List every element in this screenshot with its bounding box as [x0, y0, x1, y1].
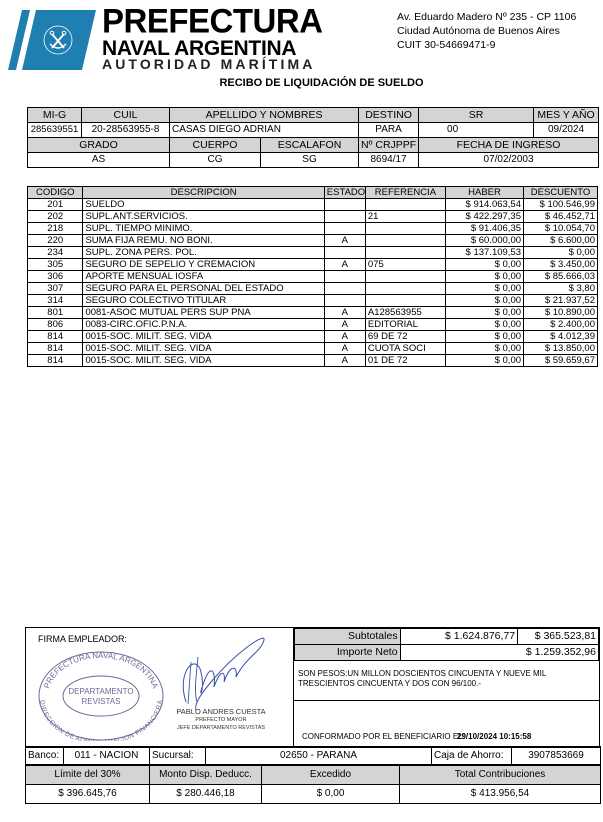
label-cuil: CUIL — [82, 108, 170, 123]
table-row: 234 SUPL. ZONA PERS. POL. $ 137.109,53 $… — [28, 247, 598, 259]
cuit-line: CUIT 30-54669471-9 — [397, 38, 576, 52]
item-descripcion: SUPL. ZONA PERS. POL. — [83, 247, 324, 259]
address-line: Ciudad Autónoma de Buenos Aires — [397, 24, 576, 38]
total-contrib-label: Total Contribuciones — [400, 766, 601, 785]
item-descuento: $ 10.890,00 — [524, 307, 598, 319]
item-estado: A — [324, 343, 365, 355]
item-descuento: $ 100.546,99 — [524, 199, 598, 211]
monto-disp-label: Monto Disp. Deducc. — [150, 766, 262, 785]
item-haber: $ 0,00 — [445, 343, 523, 355]
item-referencia — [365, 295, 445, 307]
table-row: 220 SUMA FIJA REMU. NO BONI. A $ 60.000,… — [28, 235, 598, 247]
col-descripcion: DESCRIPCION — [83, 187, 324, 199]
summary-table: Límite del 30% Monto Disp. Deducc. Exced… — [25, 765, 601, 804]
handwritten-signature — [166, 632, 276, 712]
item-referencia: A128563955 — [365, 307, 445, 319]
col-haber: HABER — [445, 187, 523, 199]
item-referencia: EDITORIAL — [365, 319, 445, 331]
item-estado: A — [324, 235, 365, 247]
label-escalafon: ESCALAFON — [261, 138, 359, 153]
org-name-line3: AUTORIDAD MARÍTIMA — [102, 57, 315, 72]
item-haber: $ 91.406,35 — [445, 223, 523, 235]
table-row: 814 0015-SOC. MILIT. SEG. VIDA A 01 DE 7… — [28, 355, 598, 367]
limite-value: $ 396.645,76 — [26, 785, 150, 804]
label-grado: GRADO — [28, 138, 170, 153]
sr-value: 00 — [419, 123, 534, 138]
item-estado — [324, 271, 365, 283]
escalafon-value: SG — [261, 153, 359, 168]
table-row: 314 SEGURO COLECTIVO TITULAR $ 0,00 $ 21… — [28, 295, 598, 307]
item-descuento: $ 21.937,52 — [524, 295, 598, 307]
item-estado — [324, 199, 365, 211]
sucursal-label: Sucursal: — [150, 747, 206, 765]
signer-block: PABLO ANDRES CUESTA PREFECTO MAYOR JEFE … — [166, 708, 276, 732]
item-estado — [324, 211, 365, 223]
table-row: 814 0015-SOC. MILIT. SEG. VIDA A 69 DE 7… — [28, 331, 598, 343]
crjppf-value: 8694/17 — [359, 153, 419, 168]
item-descripcion: APORTE MENSUAL IOSFA — [83, 271, 324, 283]
item-referencia: 21 — [365, 211, 445, 223]
employee-info-table: MI-G CUIL APELLIDO Y NOMBRES DESTINO SR … — [27, 107, 599, 168]
cuil-value: 20-28563955-8 — [82, 123, 170, 138]
conformado-label: CONFORMADO POR EL BENEFICIARIO EL: — [302, 732, 465, 741]
item-referencia — [365, 223, 445, 235]
table-row: 307 SEGURO PARA EL PERSONAL DEL ESTADO $… — [28, 283, 598, 295]
item-haber: $ 0,00 — [445, 307, 523, 319]
item-codigo: 218 — [28, 223, 83, 235]
item-haber: $ 0,00 — [445, 283, 523, 295]
item-estado — [324, 223, 365, 235]
label-destino: DESTINO — [359, 108, 419, 123]
col-referencia: REFERENCIA — [365, 187, 445, 199]
item-descuento: $ 13.850,00 — [524, 343, 598, 355]
item-descripcion: SUPL.ANT.SERVICIOS. — [83, 211, 324, 223]
item-haber: $ 422.297,35 — [445, 211, 523, 223]
subtotal-haber: $ 1.624.876,77 — [400, 629, 518, 645]
subtotales-label: Subtotales — [295, 629, 401, 645]
table-row: 814 0015-SOC. MILIT. SEG. VIDA A CUOTA S… — [28, 343, 598, 355]
document-title: RECIBO DE LIQUIDACIÓN DE SUELDO — [0, 77, 603, 89]
item-codigo: 314 — [28, 295, 83, 307]
monto-disp-value: $ 280.446,18 — [150, 785, 262, 804]
excedido-label: Excedido — [262, 766, 400, 785]
item-estado: A — [324, 319, 365, 331]
item-haber: $ 0,00 — [445, 295, 523, 307]
item-referencia — [365, 247, 445, 259]
signer-name: PABLO ANDRES CUESTA — [166, 708, 276, 716]
label-crjppf: Nº CRJPPF — [359, 138, 419, 153]
item-haber: $ 0,00 — [445, 331, 523, 343]
item-haber: $ 137.109,53 — [445, 247, 523, 259]
importe-neto-value: $ 1.259.352,96 — [400, 645, 598, 661]
mig-value: 285639551 — [28, 123, 82, 138]
col-codigo: CODIGO — [28, 187, 83, 199]
table-row: 801 0081-ASOC MUTUAL PERS SUP PNA A A128… — [28, 307, 598, 319]
item-estado: A — [324, 355, 365, 367]
ingreso-value: 07/02/2003 — [419, 153, 599, 168]
totals-table: Subtotales $ 1.624.876,77 $ 365.523,81 I… — [294, 628, 599, 661]
item-descuento: $ 85.666,03 — [524, 271, 598, 283]
table-row: 202 SUPL.ANT.SERVICIOS. 21 $ 422.297,35 … — [28, 211, 598, 223]
banco-label: Banco: — [26, 747, 64, 765]
destino-value: PARA — [359, 123, 419, 138]
svg-text:PREFECTURA NAVAL ARGENTINA: PREFECTURA NAVAL ARGENTINA — [42, 651, 160, 690]
item-descuento: $ 46.452,71 — [524, 211, 598, 223]
item-codigo: 814 — [28, 343, 83, 355]
item-haber: $ 60.000,00 — [445, 235, 523, 247]
col-descuento: DESCUENTO — [524, 187, 598, 199]
item-descripcion: 0081-ASOC MUTUAL PERS SUP PNA — [83, 307, 324, 319]
period-value: 09/2024 — [534, 123, 599, 138]
item-descuento: $ 3.450,00 — [524, 259, 598, 271]
table-row: 306 APORTE MENSUAL IOSFA $ 0,00 $ 85.666… — [28, 271, 598, 283]
item-descripcion: 0015-SOC. MILIT. SEG. VIDA — [83, 355, 324, 367]
col-estado: ESTADO — [324, 187, 365, 199]
svg-text:REVISTAS: REVISTAS — [82, 697, 121, 706]
total-contrib-value: $ 413.956,54 — [400, 785, 601, 804]
org-name-line1: PREFECTURA — [102, 3, 323, 39]
item-codigo: 201 — [28, 199, 83, 211]
cuerpo-value: CG — [170, 153, 261, 168]
item-codigo: 307 — [28, 283, 83, 295]
table-row: 806 0083-CIRC.OFIC.P.N.A. A EDITORIAL $ … — [28, 319, 598, 331]
item-codigo: 806 — [28, 319, 83, 331]
bank-info-table: Banco: 011 - NACION Sucursal: 02650 - PA… — [25, 746, 601, 765]
item-referencia — [365, 271, 445, 283]
org-address: Av. Eduardo Madero Nº 235 - CP 1106 Ciud… — [397, 10, 576, 52]
caja-value: 3907853669 — [512, 747, 601, 765]
item-descripcion: SEGURO DE SEPELIO Y CREMACION — [83, 259, 324, 271]
item-estado: A — [324, 259, 365, 271]
item-descripcion: SUELDO — [83, 199, 324, 211]
item-descuento: $ 59.659,67 — [524, 355, 598, 367]
label-mig: MI-G — [28, 108, 82, 123]
item-haber: $ 914.063,54 — [445, 199, 523, 211]
item-codigo: 234 — [28, 247, 83, 259]
item-descripcion: 0015-SOC. MILIT. SEG. VIDA — [83, 343, 324, 355]
item-descripcion: SEGURO COLECTIVO TITULAR — [83, 295, 324, 307]
item-codigo: 306 — [28, 271, 83, 283]
subtotal-descuento: $ 365.523,81 — [518, 629, 599, 645]
item-descuento: $ 2.400,00 — [524, 319, 598, 331]
importe-neto-label: Importe Neto — [295, 645, 401, 661]
item-haber: $ 0,00 — [445, 259, 523, 271]
table-row: 201 SUELDO $ 914.063,54 $ 100.546,99 — [28, 199, 598, 211]
label-name: APELLIDO Y NOMBRES — [170, 108, 359, 123]
item-estado: A — [324, 331, 365, 343]
item-descuento: $ 0,00 — [524, 247, 598, 259]
item-descripcion: 0015-SOC. MILIT. SEG. VIDA — [83, 331, 324, 343]
item-referencia — [365, 235, 445, 247]
grado-value: AS — [28, 153, 170, 168]
department-stamp: PREFECTURA NAVAL ARGENTINA DIRECCION DE … — [36, 646, 166, 741]
item-descuento: $ 3,80 — [524, 283, 598, 295]
item-descripcion: SEGURO PARA EL PERSONAL DEL ESTADO — [83, 283, 324, 295]
item-descripcion: SUMA FIJA REMU. NO BONI. — [83, 235, 324, 247]
items-table: CODIGO DESCRIPCION ESTADO REFERENCIA HAB… — [27, 186, 598, 367]
item-referencia — [365, 283, 445, 295]
label-ingreso: FECHA DE INGRESO — [419, 138, 599, 153]
conformado-date: 29/10/2024 10:15:58 — [457, 732, 531, 741]
item-codigo: 305 — [28, 259, 83, 271]
banco-value: 011 - NACION — [64, 747, 150, 765]
footer-box: FIRMA EMPLEADOR: PREFECTURA NAVAL ARGENT… — [25, 627, 600, 748]
item-estado — [324, 247, 365, 259]
item-codigo: 220 — [28, 235, 83, 247]
item-codigo: 814 — [28, 331, 83, 343]
item-descripcion: 0083-CIRC.OFIC.P.N.A. — [83, 319, 324, 331]
item-descuento: $ 6.600,00 — [524, 235, 598, 247]
item-descripcion: SUPL. TIEMPO MINIMO. — [83, 223, 324, 235]
item-codigo: 801 — [28, 307, 83, 319]
table-row: 305 SEGURO DE SEPELIO Y CREMACION A 075 … — [28, 259, 598, 271]
sucursal-value: 02650 - PARANA — [206, 747, 432, 765]
item-referencia — [365, 199, 445, 211]
label-cuerpo: CUERPO — [170, 138, 261, 153]
item-referencia: 075 — [365, 259, 445, 271]
svg-text:DEPARTAMENTO: DEPARTAMENTO — [68, 687, 133, 696]
name-value: CASAS DIEGO ADRIAN — [170, 123, 359, 138]
item-referencia: CUOTA SOCI — [365, 343, 445, 355]
label-period: MES Y AÑO — [534, 108, 599, 123]
item-codigo: 814 — [28, 355, 83, 367]
item-descuento: $ 10.054,70 — [524, 223, 598, 235]
item-estado — [324, 295, 365, 307]
item-haber: $ 0,00 — [445, 355, 523, 367]
item-descuento: $ 4.012,39 — [524, 331, 598, 343]
caja-label: Caja de Ahorro: — [432, 747, 512, 765]
address-line: Av. Eduardo Madero Nº 235 - CP 1106 — [397, 10, 576, 24]
excedido-value: $ 0,00 — [262, 785, 400, 804]
amount-in-words: SON PESOS:UN MILLON DOSCIENTOS CINCUENTA… — [294, 661, 599, 701]
prefectura-logo — [8, 10, 96, 70]
item-haber: $ 0,00 — [445, 319, 523, 331]
signature-area: FIRMA EMPLEADOR: PREFECTURA NAVAL ARGENT… — [26, 628, 294, 747]
signer-role: JEFE DEPARTAMENTO REVISTAS — [166, 724, 276, 732]
label-sr: SR — [419, 108, 534, 123]
item-estado — [324, 283, 365, 295]
item-referencia: 01 DE 72 — [365, 355, 445, 367]
item-estado: A — [324, 307, 365, 319]
item-haber: $ 0,00 — [445, 271, 523, 283]
signer-rank: PREFECTO MAYOR — [166, 716, 276, 724]
table-row: 218 SUPL. TIEMPO MINIMO. $ 91.406,35 $ 1… — [28, 223, 598, 235]
item-referencia: 69 DE 72 — [365, 331, 445, 343]
limite-label: Límite del 30% — [26, 766, 150, 785]
firma-empleador-label: FIRMA EMPLEADOR: — [38, 634, 127, 644]
item-codigo: 202 — [28, 211, 83, 223]
